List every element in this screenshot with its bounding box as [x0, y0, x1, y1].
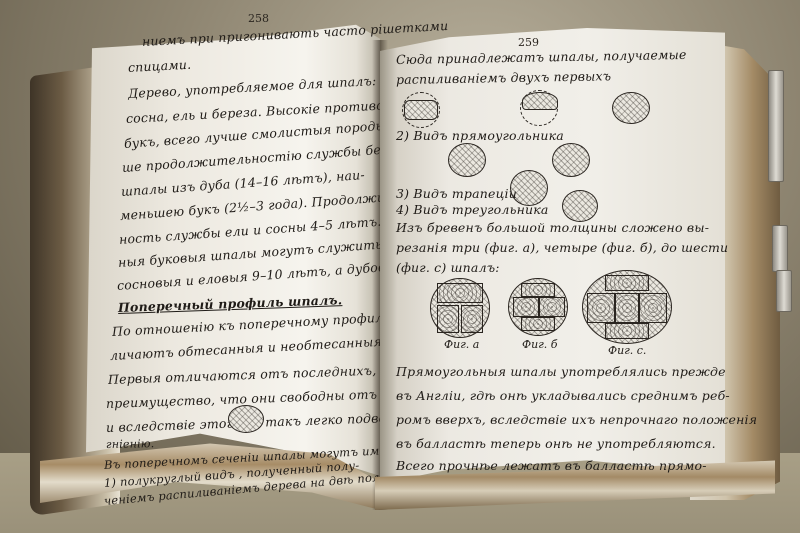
manuscript-line: гніенію. — [106, 437, 155, 451]
manuscript-line: (фиг. с) шпалъ: — [396, 260, 500, 275]
metal-clasp — [768, 70, 784, 182]
manuscript-line: въ балластѣ теперь онѣ не употребляются. — [396, 436, 716, 451]
figure-a-sketch — [430, 278, 490, 338]
left-page-number: 258 — [248, 12, 269, 25]
metal-clasp — [772, 225, 788, 272]
manuscript-line: Всего прочнѣе лежатъ въ балластѣ прямо- — [396, 458, 707, 473]
metal-clasp — [776, 270, 792, 312]
list-item: 3) Видъ трапеціи — [396, 186, 517, 201]
manuscript-line: Прямоугольныя шпалы употреблялись прежде — [396, 364, 726, 379]
figure-label: Фиг. a — [444, 338, 479, 351]
half-round-sketch — [228, 405, 264, 433]
figure-label: Фиг. с. — [608, 344, 646, 357]
rectangular-beam-sketch — [404, 100, 438, 120]
photo-scene: 258 ниемъ при пригонивають часто рішетка… — [0, 0, 800, 533]
list-item: 2) Видъ прямоугольника — [396, 128, 564, 143]
figure-label: Фиг. б — [522, 338, 557, 351]
manuscript-line: резанія три (фиг. a), четыре (фиг. б), д… — [396, 240, 728, 255]
manuscript-line: Изъ бревенъ большой толщины сложено вы- — [396, 220, 709, 235]
rectangle-cut-sketch — [448, 143, 486, 177]
manuscript-line: ромъ вверхъ, вследствіе ихъ непрочнаго п… — [396, 412, 757, 427]
split-log-sketch — [612, 92, 650, 124]
figure-c-sketch — [582, 270, 672, 344]
triangle-cut-sketch — [562, 190, 598, 222]
rectangle-cut-sketch — [552, 143, 590, 177]
right-page-number: 259 — [518, 36, 539, 49]
list-item: 4) Видъ треугольника — [396, 202, 549, 217]
half-round-beam-sketch — [522, 92, 558, 110]
figure-b-sketch — [508, 278, 568, 336]
manuscript-line: въ Англіи, гдѣ онѣ укладывались среднимъ… — [396, 388, 730, 403]
